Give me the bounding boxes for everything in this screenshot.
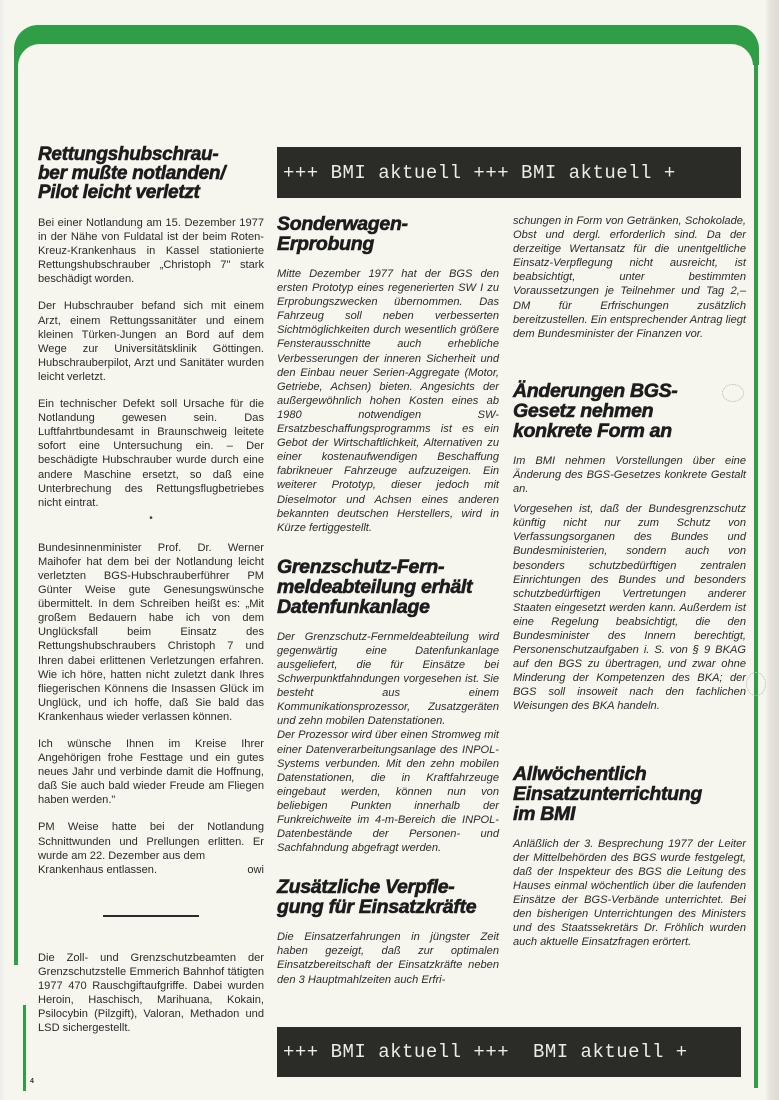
separator-dot: •	[38, 513, 264, 525]
article-paragraph: Im BMI nehmen Vorstellungen über eine Än…	[513, 454, 746, 496]
headline-line: Sonderwagen-	[277, 213, 408, 235]
headline-line: gung für Einsatzkräfte	[277, 896, 476, 918]
banner-text: +++ BMI aktuell +++ BMI aktuell +	[283, 1041, 688, 1063]
article-paragraph: Ein technischer Defekt soll Ursache für …	[38, 397, 264, 510]
headline-line: meldeabteilung erhält	[277, 576, 472, 598]
article-verpflegung: Zusätzliche Verpfle- gung für Einsatzkrä…	[277, 877, 499, 986]
section-divider	[103, 915, 199, 917]
headline-line: Einsatzunterrichtung	[513, 783, 702, 805]
article-paragraph: Der Grenzschutz-Fernmeldeabteilung wird …	[277, 630, 499, 729]
article-headline: Grenzschutz-Fern- meldeabteilung erhält …	[277, 557, 499, 617]
headline-line: Erprobung	[277, 233, 374, 255]
article-continuation: schungen in Form von Getränken, Schokola…	[513, 214, 746, 341]
headline-line: Zusätzliche Verpfle-	[277, 876, 455, 898]
headline-line: Gesetz nehmen	[513, 400, 653, 422]
column-right: schungen in Form von Getränken, Schokola…	[513, 214, 746, 962]
frame-inner-mask	[18, 44, 753, 84]
headline-line: ber mußte notlanden/	[38, 163, 225, 184]
author-initials: owi	[247, 863, 264, 877]
article-rauschgift: Die Zoll- und Grenzschutzbeamten der Gre…	[38, 951, 264, 1036]
article-paragraph: Der Prozessor wird über einen Stromweg m…	[277, 728, 499, 855]
article-paragraph: Ich wünsche Ihnen im Kreise Ihrer Angehö…	[38, 737, 264, 807]
headline-line: Allwöchentlich	[513, 763, 646, 785]
headline-line: konkrete Form an	[513, 420, 672, 442]
article-paragraph: Die Zoll- und Grenzschutzbeamten der Gre…	[38, 951, 264, 1036]
paper-punch-mark	[746, 672, 766, 696]
headline-line: im BMI	[513, 803, 575, 825]
article-paragraph: Bei einer Notlandung am 15. Dezember 197…	[38, 216, 264, 286]
green-frame-left-lower	[23, 1005, 26, 1091]
article-headline: Rettungshubschrau- ber mußte notlanden/ …	[38, 145, 264, 202]
article-headline: Sonderwagen- Erprobung	[277, 214, 499, 254]
article-paragraph: Der Hubschrauber befand sich mit einem A…	[38, 299, 264, 384]
article-paragraph: Vorgesehen ist, daß der Bundesgrenzschut…	[513, 502, 746, 713]
article-headline: Zusätzliche Verpfle- gung für Einsatzkrä…	[277, 877, 499, 917]
banner-text: +++ BMI aktuell +++ BMI aktuell +	[283, 162, 676, 184]
article-paragraph: PM Weise hatte bei der Notlandung Schnit…	[38, 820, 264, 862]
column-middle: Sonderwagen- Erprobung Mitte Dezember 19…	[277, 214, 499, 1000]
article-datenfunkanlage: Grenzschutz-Fern- meldeabteilung erhält …	[277, 557, 499, 856]
page-number: 4	[30, 1078, 34, 1085]
article-bgs-gesetz: Änderungen BGS- Gesetz nehmen konkrete F…	[513, 381, 746, 714]
signature-row: Krankenhaus entlassen. owi	[38, 863, 264, 877]
headline-line: Pilot leicht verletzt	[38, 182, 200, 203]
article-paragraph: Bundesinnenminister Prof. Dr. Werner Mai…	[38, 541, 264, 724]
article-paragraph: Die Einsatzerfahrungen in jüngster Zeit …	[277, 930, 499, 986]
column-left: Rettungshubschrau- ber mußte notlanden/ …	[38, 145, 264, 1048]
headline-line: Datenfunkanlage	[277, 596, 430, 618]
article-paragraph: Mitte Dezember 1977 hat der BGS den erst…	[277, 267, 499, 535]
bmi-aktuell-banner-top: +++ BMI aktuell +++ BMI aktuell +	[277, 147, 741, 198]
article-headline: Änderungen BGS- Gesetz nehmen konkrete F…	[513, 381, 746, 441]
bmi-aktuell-banner-bottom: +++ BMI aktuell +++ BMI aktuell +	[277, 1027, 741, 1077]
article-paragraph: Anläßlich der 3. Besprechung 1977 der Le…	[513, 837, 746, 950]
headline-line: Änderungen BGS-	[513, 380, 678, 402]
green-frame-left	[14, 55, 18, 965]
article-sonderwagen: Sonderwagen- Erprobung Mitte Dezember 19…	[277, 214, 499, 535]
headline-line: Grenzschutz-Fern-	[277, 556, 444, 578]
article-headline: Allwöchentlich Einsatzunterrichtung im B…	[513, 764, 746, 824]
article-rettungshubschrauber: Rettungshubschrau- ber mußte notlanden/ …	[38, 145, 264, 877]
article-einsatzunterrichtung: Allwöchentlich Einsatzunterrichtung im B…	[513, 764, 746, 950]
article-last-line: Krankenhaus entlassen.	[38, 863, 157, 877]
green-frame-right	[754, 55, 758, 1088]
headline-line: Rettungshubschrau-	[38, 144, 218, 165]
